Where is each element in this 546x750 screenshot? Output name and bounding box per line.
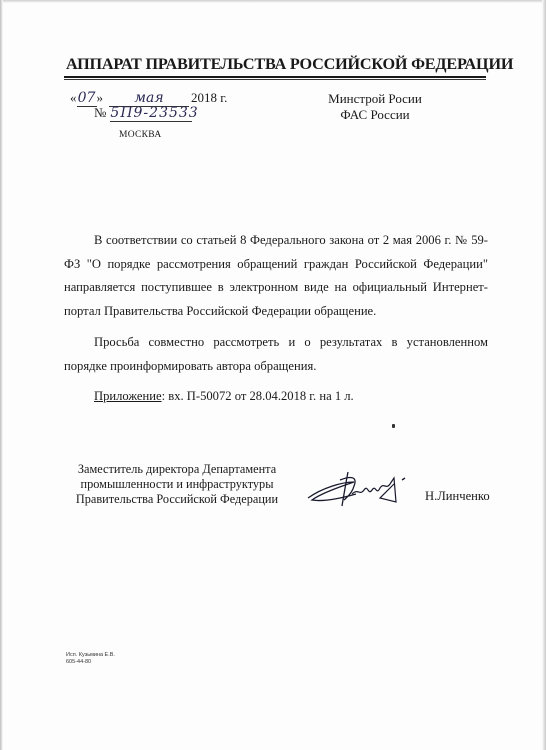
handwritten-signature-icon bbox=[302, 468, 414, 510]
signatory-title-line: Заместитель директора Департамента bbox=[67, 462, 287, 477]
header-rule-thick bbox=[64, 76, 486, 78]
header-rule-thin bbox=[64, 79, 486, 80]
attachment-label: Приложение bbox=[94, 389, 162, 403]
close-quote: » bbox=[97, 90, 104, 105]
organization-header: АППАРАТ ПРАВИТЕЛЬСТВА РОССИЙСКОЙ ФЕДЕРАЦ… bbox=[66, 55, 484, 74]
addressee-line: Минстрой Росии bbox=[310, 91, 440, 107]
city-label: МОСКВА bbox=[119, 130, 162, 140]
body-paragraph: В соответствии со статьей 8 Федерального… bbox=[64, 229, 488, 323]
scan-edge-top bbox=[0, 0, 546, 3]
date-year: 2018 г. bbox=[191, 90, 227, 105]
signatory-title: Заместитель директора Департамента промы… bbox=[67, 462, 287, 507]
document-page: АППАРАТ ПРАВИТЕЛЬСТВА РОССИЙСКОЙ ФЕДЕРАЦ… bbox=[0, 0, 546, 750]
attachment-line: Приложение: вх. П-50072 от 28.04.2018 г.… bbox=[94, 389, 354, 404]
addressee-line: ФАС России bbox=[310, 107, 440, 123]
body-paragraph: Просьба совместно рассмотреть и о резуль… bbox=[64, 331, 488, 378]
signatory-title-line: Правительства Российской Федерации bbox=[67, 492, 287, 507]
scan-speck bbox=[392, 424, 395, 428]
number-sign: № bbox=[94, 105, 106, 120]
executor-name: Исп. Кузьмина Е.В. bbox=[66, 652, 115, 659]
reference-number-line: №5П9-23533 bbox=[94, 105, 192, 122]
handwritten-reference-number: 5П9-23533 bbox=[110, 105, 192, 122]
attachment-text: : вх. П-50072 от 28.04.2018 г. на 1 л. bbox=[162, 389, 354, 403]
signatory-title-line: промышленности и инфраструктуры bbox=[67, 477, 287, 492]
addressee-block: Минстрой Росии ФАС России bbox=[310, 91, 440, 123]
signatory-name: Н.Линченко bbox=[425, 489, 490, 504]
scan-edge-left bbox=[0, 0, 3, 750]
scan-edge-right bbox=[542, 0, 546, 750]
executor-phone: 605-44-80 bbox=[66, 659, 115, 666]
executor-info: Исп. Кузьмина Е.В. 605-44-80 bbox=[66, 652, 115, 666]
